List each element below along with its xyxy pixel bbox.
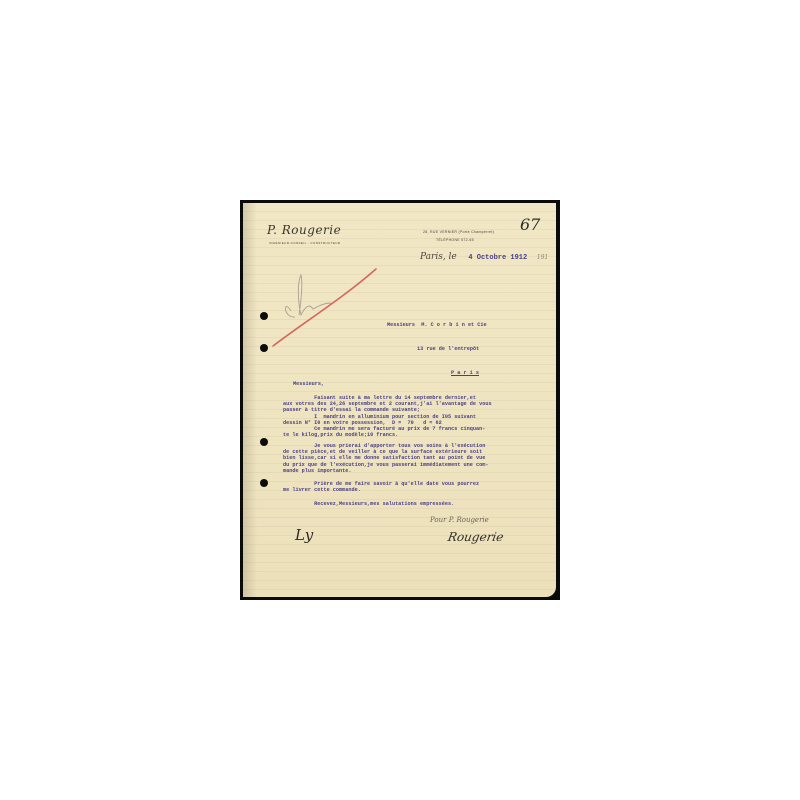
- punch-hole-4: [260, 479, 268, 487]
- paragraph-3: Prière de me faire savoir à qu'elle date…: [283, 481, 479, 493]
- company-telephone: TÉLÉPHONE 572-65: [436, 238, 474, 242]
- pencil-initials-mark: [285, 275, 331, 317]
- paragraph-2: Je vous prierai d'apporter tous vos soin…: [283, 443, 488, 474]
- date-suffix: 191: [537, 254, 548, 261]
- bottom-initials: Ly: [295, 526, 313, 544]
- paragraph-4: Recevez,Messieurs,mes salutations empres…: [283, 501, 454, 507]
- recipient-block: Messieurs M. C o r b i n et Cie 13 rue d…: [387, 310, 487, 388]
- salutation: Messieurs,: [293, 381, 324, 387]
- company-logo: P. Rougerie: [267, 223, 341, 237]
- punch-hole-1: [260, 312, 268, 320]
- punch-hole-3: [260, 438, 268, 446]
- signature: Rougerie: [447, 530, 505, 544]
- company-tagline: INGÉNIEUR-CONSEIL · CONSTRUCTEUR: [269, 241, 340, 245]
- date-line: Paris, le 4 Octobre 1912 191: [420, 246, 548, 264]
- reference-number: 67: [520, 215, 540, 234]
- company-address: 28, RUE VERNIER (Porte Champerret): [423, 230, 494, 234]
- punch-hole-2: [260, 344, 268, 352]
- recipient-street: 13 rue de l'entrepôt: [417, 346, 487, 352]
- place-prefix: Paris, le: [420, 252, 457, 262]
- signoff-handwritten: Pour P. Rougerie: [430, 516, 489, 524]
- letter-date: 4 Octobre 1912: [468, 254, 527, 262]
- red-pencil-stroke: [273, 269, 376, 346]
- recipient-name: Messieurs M. C o r b i n et Cie: [387, 322, 487, 328]
- paragraph-1: Faisant suite à ma lettre du 14 septembr…: [283, 395, 492, 438]
- recipient-city: P a r i s: [451, 370, 487, 376]
- letter-page: P. Rougerie INGÉNIEUR-CONSEIL · CONSTRUC…: [243, 203, 556, 597]
